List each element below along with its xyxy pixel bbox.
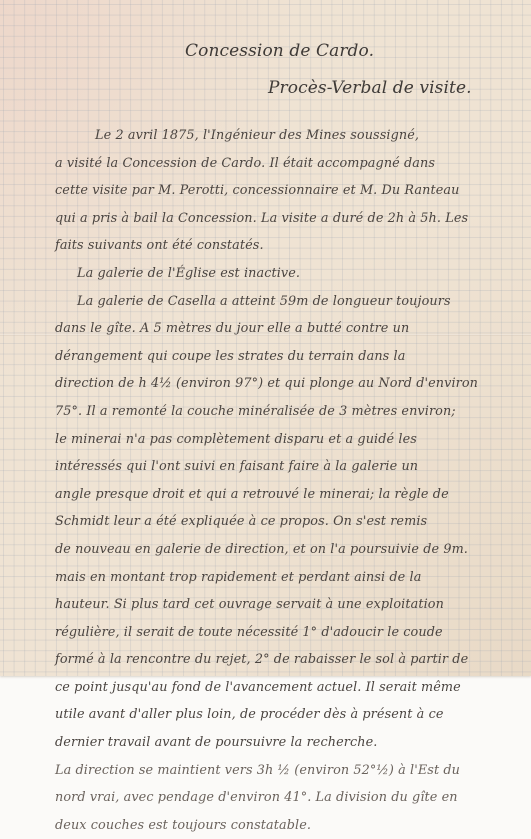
document-page: Concession de Cardo. Procès-Verbal de vi… <box>0 0 531 676</box>
document-body: Le 2 avril 1875, l'Ingénieur des Mines s… <box>55 122 525 750</box>
text-line: La galerie de l'Église est inactive. <box>55 260 525 288</box>
text-line: La galerie de Casella a atteint 59m de l… <box>55 288 525 316</box>
text-line: faits suivants ont été constatés. <box>55 232 525 260</box>
text-line: dans le gîte. A 5 mètres du jour elle a … <box>55 315 525 343</box>
text-line: a visité la Concession de Cardo. Il étai… <box>55 150 525 178</box>
text-line: ce point jusqu'au fond de l'avancement a… <box>55 674 525 702</box>
text-line: régulière, il serait de toute nécessité … <box>55 619 525 647</box>
text-line: Schmidt leur a été expliquée à ce propos… <box>55 508 525 536</box>
text-line: utile avant d'aller plus loin, de procéd… <box>55 701 525 729</box>
text-line: de nouveau en galerie de direction, et o… <box>55 536 525 564</box>
text-line: hauteur. Si plus tard cet ouvrage servai… <box>55 591 525 619</box>
text-line: angle presque droit et qui a retrouvé le… <box>55 481 525 509</box>
text-line: 75°. Il a remonté la couche minéralisée … <box>55 398 525 426</box>
text-line: formé à la rencontre du rejet, 2° de rab… <box>55 646 525 674</box>
text-line: le minerai n'a pas complètement disparu … <box>55 426 525 454</box>
text-line: cette visite par M. Perotti, concessionn… <box>55 177 525 205</box>
text-line: mais en montant trop rapidement et perda… <box>55 564 525 592</box>
document-title: Concession de Cardo. <box>185 41 374 61</box>
text-line: direction de h 4½ (environ 97°) et qui p… <box>55 370 525 398</box>
text-line: dérangement qui coupe les strates du ter… <box>55 343 525 371</box>
document-subtitle: Procès-Verbal de visite. <box>268 78 472 98</box>
text-line: Le 2 avril 1875, l'Ingénieur des Mines s… <box>55 122 525 150</box>
text-line: intéressés qui l'ont suivi en faisant fa… <box>55 453 525 481</box>
text-line: dernier travail avant de poursuivre la r… <box>55 729 525 750</box>
text-line: qui a pris à bail la Concession. La visi… <box>55 205 525 233</box>
